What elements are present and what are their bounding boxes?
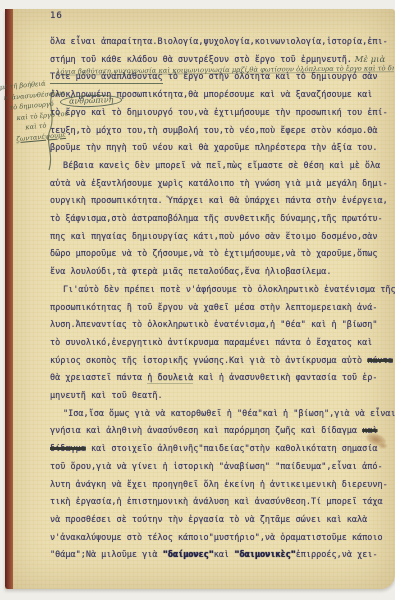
typed-segment: ουργικὴ προσωπικότητα. Ὑπάρχει καὶ θὰ ὑπ… — [50, 196, 388, 206]
typed-segment: τὸ συνολικό,ἐνεργητικὸ ἀντίκρυσμα παραμέ… — [50, 338, 372, 348]
typed-segment-strike: πάντα — [367, 356, 393, 366]
typed-segment-hw: Μὲ μιὰ — [352, 55, 385, 65]
typed-line: "Ισα,ἴσα ὅμως γιὰ νὰ κατορθωθεῖ ἡ "θέα"κ… — [50, 406, 390, 424]
page-number: 16 — [50, 11, 63, 21]
typed-line: τὸ ἔργο καὶ τὸ δημιουργό του,νὰ ἐχτιμήσο… — [50, 105, 390, 123]
typed-segment: μηνευτῆ καὶ τοῦ θεατῆ. — [50, 391, 163, 401]
typed-line: κύριος σκοπὸς τῆς ἱστορικῆς γνώσης.Καὶ γ… — [50, 353, 390, 371]
typed-line: προσωπικότητας ἢ τοῦ ἔργου νὰ χαθεῖ μέσα… — [50, 300, 390, 318]
typed-segment: πης καὶ πηγαίας δημιουργίας κάτι,ποὺ μόν… — [50, 232, 378, 242]
typed-segment: προσωπικότητας ἢ τοῦ ἔργου νὰ χαθεῖ μέσα… — [50, 303, 378, 313]
typed-line: Γι'αὐτὸ δὲν πρέπει ποτὲ ν'ἀφήσουμε τὸ ὁλ… — [50, 282, 390, 300]
typed-segment: λυτη ἀνάγκη νὰ ἔχει προηγηθεῖ ὅλη ἐκείνη… — [50, 480, 388, 490]
typed-segment: τοῦ ὅρου,γιὰ νὰ γίνει ἡ ἱστορικὴ "ἀναβίω… — [50, 462, 383, 472]
typed-line: βροῦμε τὴν πηγὴ τοῦ νέου καὶ θὰ χαροῦμε … — [50, 140, 390, 158]
typed-segment: βροῦμε τὴν πηγὴ τοῦ νέου καὶ θὰ χαροῦμε … — [50, 143, 378, 153]
typed-line: γνήσια καὶ ἀληθινὴ ἀνασύνθεση καὶ παρόρμ… — [50, 423, 390, 441]
typed-segment: στήμη τοῦ κάθε κλάδου θὰ συντρέξουν στὸ … — [50, 55, 352, 65]
typed-segment-strike: δίδαγμα — [50, 444, 86, 454]
typed-line: θὰ χρειαστεῖ πάντα ἡ δουλειὰ καὶ ἡ ἀνασυ… — [50, 370, 390, 388]
typed-segment-over: "δαίμονες" — [163, 550, 214, 560]
typed-segment: τὸ ἔργο καὶ τὸ δημιουργό του,νὰ ἐχτιμήσο… — [50, 108, 388, 118]
typed-segment: θὰ χρειαστεῖ πάντα — [50, 373, 147, 383]
margin-bracket-stroke — [44, 88, 58, 173]
typed-segment: γνήσια καὶ ἀληθινὴ ἀνασύνθεση καὶ παρόρμ… — [50, 426, 362, 436]
typed-segment: νὰ προσθέσει σὲ τούτην τὴν ἐργασία τὸ νὰ… — [50, 515, 367, 525]
typed-line: πης καὶ πηγαίας δημιουργίας κάτι,ποὺ μόν… — [50, 229, 390, 247]
typed-segment: καὶ ἡ ἀνασυνθετικὴ φαντασία τοῦ ἑρ- — [193, 373, 377, 383]
typed-line: αὐτὰ νὰ ἐξαντλήσουμε χωρὶς κατάλοιπο τὴ … — [50, 176, 390, 194]
typed-line: ν'ἀνακαλύψουμε στὸ τέλος κάποιο"μυστήριο… — [50, 530, 390, 548]
typed-segment: καὶ στοιχεῖο ἀληθινῆς"παιδείας"στὴν καθο… — [86, 444, 378, 454]
typed-line: ουργικὴ προσωπικότητα. Ὑπάρχει καὶ θὰ ὑπ… — [50, 193, 390, 211]
typed-segment: Βέβαια κανεὶς δὲν μπορεῖ νὰ πεῖ,πὼς εἴμα… — [63, 161, 380, 171]
typed-segment: λυση.Ἀπεναντίας τὸ ὁλοκληρωτικὸ ἐνατένισ… — [50, 320, 378, 330]
typed-line: λυση.Ἀπεναντίας τὸ ὁλοκληρωτικὸ ἐνατένισ… — [50, 317, 390, 335]
typed-segment: ὅλα εἶναι ἀπαραίτητα.Βιολογία,ψυχολογία,… — [50, 37, 388, 47]
typed-line: νὰ προσθέσει σὲ τούτην τὴν ἐργασία τὸ νὰ… — [50, 512, 390, 530]
typed-line: "θάμα";Νὰ μιλοῦμε γιὰ "δαίμονες"καὶ "δαι… — [50, 547, 390, 565]
typed-line: τὸ ξάφνισμα,στὸ ἀστραποβόλημα τῆς συνθετ… — [50, 211, 390, 229]
typed-segment: τευξη,τὸ μόχτο του,τὴ συμβολή του,τὸ νέο… — [50, 126, 378, 136]
typed-line: τευξη,τὸ μόχτο του,τὴ συμβολή του,τὸ νέο… — [50, 123, 390, 141]
typed-segment: τικὴ ἐργασία,ἡ ἐπιστημονικὴ ἀνάλυση καὶ … — [50, 497, 383, 507]
typed-segment: τὸ ξάφνισμα,στὸ ἀστραποβόλημα τῆς συνθετ… — [50, 214, 383, 224]
typed-text-block: ὅλα εἶναι ἀπαραίτητα.Βιολογία,ψυχολογία,… — [50, 34, 390, 565]
typed-line: τὸ συνολικό,ἐνεργητικὸ ἀντίκρυσμα παραμέ… — [50, 335, 390, 353]
typed-line: τοῦ ὅρου,γιὰ νὰ γίνει ἡ ἱστορικὴ "ἀναβίω… — [50, 459, 390, 477]
typed-segment: "Ισα,ἴσα ὅμως γιὰ νὰ κατορθωθεῖ ἡ "θέα"κ… — [63, 409, 395, 419]
typed-segment-inkover: ἡ δουλειὰ — [147, 373, 193, 384]
typed-line: ὅλα εἶναι ἀπαραίτητα.Βιολογία,ψυχολογία,… — [50, 34, 390, 52]
typed-segment: ν'ἀνακαλύψουμε στὸ τέλος κάποιο"μυστήριο… — [50, 533, 383, 543]
ink-stain-small — [378, 443, 388, 449]
typed-segment: δῶρο μποροῦμε νὰ τὸ ζήσουμε,νὰ τὸ ἐχτιμή… — [50, 249, 378, 259]
typed-segment: αὐτὰ νὰ ἐξαντλήσουμε χωρὶς κατάλοιπο τὴ … — [50, 179, 388, 189]
typed-line: δίδαγμα καὶ στοιχεῖο ἀληθινῆς"παιδείας"σ… — [50, 441, 390, 459]
typed-segment: ἕνα λουλούδι,τὰ φτερὰ μιᾶς πεταλούδας,ἕν… — [50, 267, 331, 277]
typed-line: δῶρο μποροῦμε νὰ τὸ ζήσουμε,νὰ τὸ ἐχτιμή… — [50, 246, 390, 264]
typed-segment: κύριος σκοπὸς τῆς ἱστορικῆς γνώσης.Καὶ γ… — [50, 356, 367, 366]
typed-segment-over: "δαιμονικὲς" — [234, 550, 295, 560]
typed-line: Βέβαια κανεὶς δὲν μπορεῖ νὰ πεῖ,πὼς εἴμα… — [50, 158, 390, 176]
typed-segment: Γι'αὐτὸ δὲν πρέπει ποτὲ ν'ἀφήσουμε τὸ ὁλ… — [63, 285, 395, 295]
typed-line: μηνευτῆ καὶ τοῦ θεατῆ. — [50, 388, 390, 406]
scanned-typescript-page: { "page": { "number": "16" }, "document"… — [0, 0, 395, 600]
typed-segment: "θάμα";Νὰ μιλοῦμε γιὰ — [50, 550, 163, 560]
typed-line: τικὴ ἐργασία,ἡ ἐπιστημονικὴ ἀνάλυση καὶ … — [50, 494, 390, 512]
typed-segment: ἐπιρροές,νὰ χει- — [296, 550, 378, 560]
typed-line: ἕνα λουλούδι,τὰ φτερὰ μιᾶς πεταλούδας,ἕν… — [50, 264, 390, 282]
typed-line: λυτη ἀνάγκη νὰ ἔχει προηγηθεῖ ὅλη ἐκείνη… — [50, 477, 390, 495]
typed-segment: καὶ — [214, 550, 234, 560]
